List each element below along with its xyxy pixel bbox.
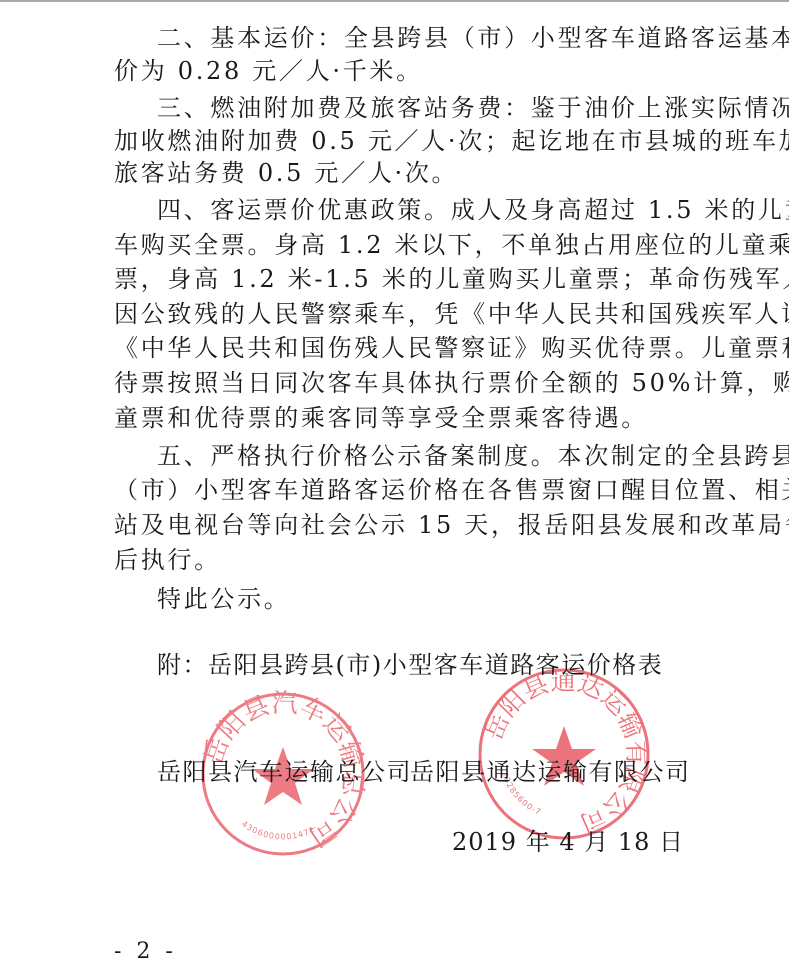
paragraph-line: 五、严格执行价格公示备案制度。本次制定的全县跨县: [157, 441, 737, 471]
paragraph-line: 票，身高 1.2 米-1.5 米的儿童购买儿童票；革命伤残军人和: [114, 264, 694, 294]
paragraph-line: 站及电视台等向社会公示 15 天，报岳阳县发展和改革局备案: [114, 510, 694, 540]
paragraph-line: 因公致残的人民警察乘车，凭《中华人民共和国残疾军人证》、: [114, 299, 694, 329]
paragraph-line: 童票和优待票的乘客同等享受全票乘客待遇。: [114, 403, 694, 433]
svg-text:4306000001471: 4306000001471: [240, 819, 317, 841]
page-top-border: [0, 0, 789, 2]
paragraph-line: 待票按照当日同次客车具体执行票价全额的 50%计算，购买儿: [114, 368, 694, 398]
paragraph-line: 车购买全票。身高 1.2 米以下，不单独占用座位的儿童乘车免: [114, 230, 694, 260]
paragraph-line: 后执行。: [114, 545, 694, 575]
company-seal-2: 岳阳县通达运输有限公司 73285600-7: [476, 666, 652, 842]
signatory-1: 岳阳县汽车运输总公司: [157, 757, 412, 787]
paragraph-line: 四、客运票价优惠政策。成人及身高超过 1.5 米的儿童乘: [157, 195, 737, 225]
svg-text:岳阳县通达运输有限公司: 岳阳县通达运输有限公司: [479, 667, 652, 839]
document-date: 2019 年 4 月 18 日: [452, 827, 684, 857]
paragraph-line: 三、燃油附加费及旅客站务费：鉴于油价上涨实际情况，: [157, 93, 737, 123]
page-number: - 2 -: [114, 938, 177, 966]
paragraph-line: 旅客站务费 0.5 元／人·次。: [114, 158, 694, 188]
signatory-2: 岳阳县通达运输有限公司: [410, 757, 691, 787]
paragraph-line: （市）小型客车道路客运价格在各售票窗口醒目位置、相关网: [114, 475, 694, 505]
paragraph-line: 《中华人民共和国伤残人民警察证》购买优待票。儿童票和优: [114, 333, 694, 363]
paragraph-line: 二、基本运价：全县跨县（市）小型客车道路客运基本运: [157, 23, 737, 53]
paragraph-line: 价为 0.28 元／人·千米。: [114, 56, 694, 86]
closing-statement: 特此公示。: [157, 584, 737, 614]
paragraph-line: 加收燃油附加费 0.5 元／人·次；起讫地在市县城的班车加收: [114, 126, 694, 156]
attachment-reference: 附：岳阳县跨县(市)小型客车道路客运价格表: [157, 650, 737, 680]
